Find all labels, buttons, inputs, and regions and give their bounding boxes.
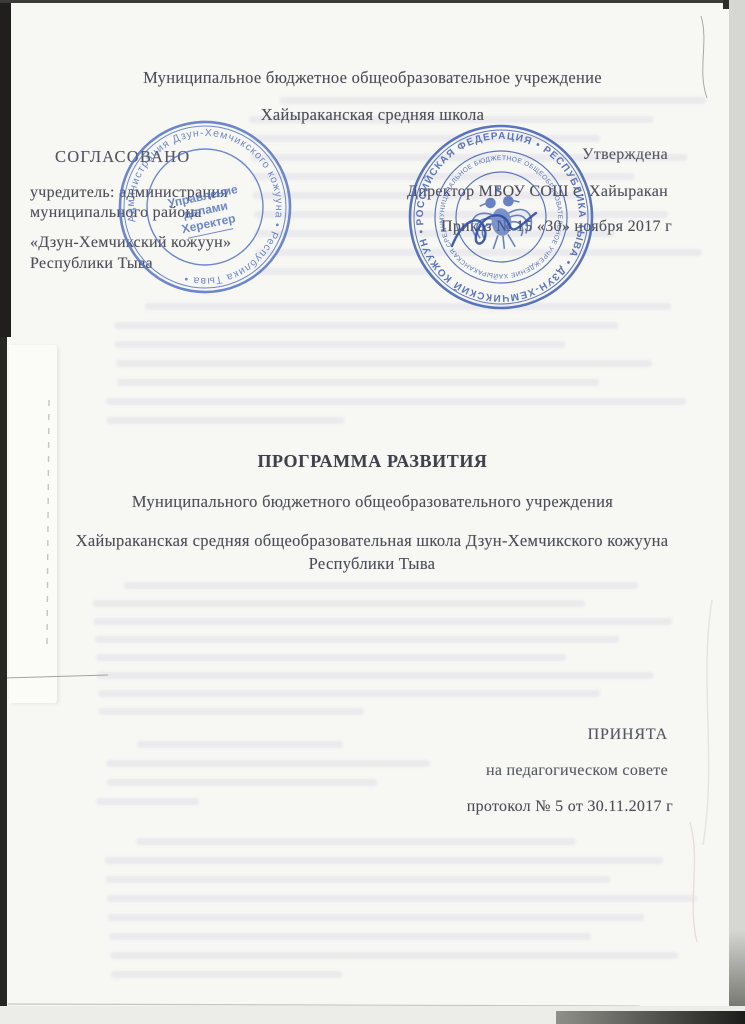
bleed-through-line (115, 341, 565, 348)
bleed-through-line (107, 779, 377, 786)
bleed-through-line (252, 173, 634, 180)
agreement-title: СОГЛАСОВАНО (55, 147, 190, 167)
bleed-through-line (109, 933, 591, 940)
adoption-council-line: на педагогическом совете (486, 762, 668, 780)
program-subtitle: Муниципального бюджетного общеобразовате… (0, 492, 745, 512)
bleed-through-line (107, 417, 344, 424)
bleed-through-line (107, 895, 697, 902)
bleed-through-line (280, 97, 706, 104)
bleed-through-line (106, 398, 686, 405)
bleed-through-line (96, 798, 199, 805)
bleed-through-line (137, 741, 343, 748)
bleed-through-line (254, 211, 668, 218)
agreement-founder-line1: учредитель: администрация (30, 184, 228, 202)
bleed-through-line (106, 876, 610, 883)
bleed-through-line (99, 708, 364, 715)
bleed-through-line (124, 582, 638, 589)
agreement-district: «Дзун-Хемчикский кожуун» (30, 234, 231, 252)
paper-crease-1 (703, 600, 712, 845)
scan-edge-left-lower (0, 337, 7, 1006)
bleed-through-line (94, 618, 672, 625)
bleed-through-line (250, 135, 600, 142)
bleed-through-line (136, 838, 576, 845)
bleed-through-line (93, 600, 585, 607)
bleed-through-line (257, 268, 433, 275)
paper-crease-2 (690, 822, 697, 942)
approval-order-line: Приказ № 15 «30» ноября 2017 г (441, 218, 672, 236)
scanned-document-page: Муниципальное бюджетное общеобразователь… (0, 0, 745, 1024)
agreement-founder-line2: муниципального района (30, 204, 202, 222)
approval-director-line: Директор МБОУ СОШ с. Хайыракан (407, 183, 668, 201)
scan-edge-top (0, 0, 745, 3)
adoption-title: ПРИНЯТА (588, 726, 668, 744)
bleed-through-line (98, 690, 600, 697)
bleed-through-line (114, 322, 618, 329)
agreement-republic: Республики Тыва (30, 255, 153, 273)
bleed-through-line (97, 672, 653, 679)
approval-title: Утверждена (582, 146, 668, 164)
scan-edge-left-upper (0, 3, 11, 337)
org-name-line2: Хайыраканская средняя школа (0, 105, 745, 125)
bleed-through-line (108, 914, 644, 921)
bleed-through-line (111, 971, 342, 978)
org-name-line1: Муниципальное бюджетное общеобразователь… (0, 68, 745, 88)
paper-tab-artifact (9, 345, 57, 703)
bleed-through-line (256, 249, 702, 256)
bleed-through-line (110, 952, 678, 959)
scan-corner-bottom-right (556, 1011, 745, 1024)
bleed-through-line (117, 379, 599, 386)
bleed-through-line (106, 760, 430, 767)
program-title: ПРОГРАММА РАЗВИТИЯ (0, 451, 745, 472)
program-school-name: Хайыраканская средняя общеобразовательна… (62, 529, 682, 575)
adoption-protocol-line: протокол № 5 от 30.11.2017 г (467, 798, 673, 816)
bleed-through-line (96, 654, 566, 661)
bleed-through-line (95, 636, 619, 643)
bleed-through-line (116, 360, 652, 367)
bleed-through-line (145, 303, 671, 310)
scan-edge-right (729, 0, 745, 1024)
bleed-through-line (105, 857, 663, 864)
